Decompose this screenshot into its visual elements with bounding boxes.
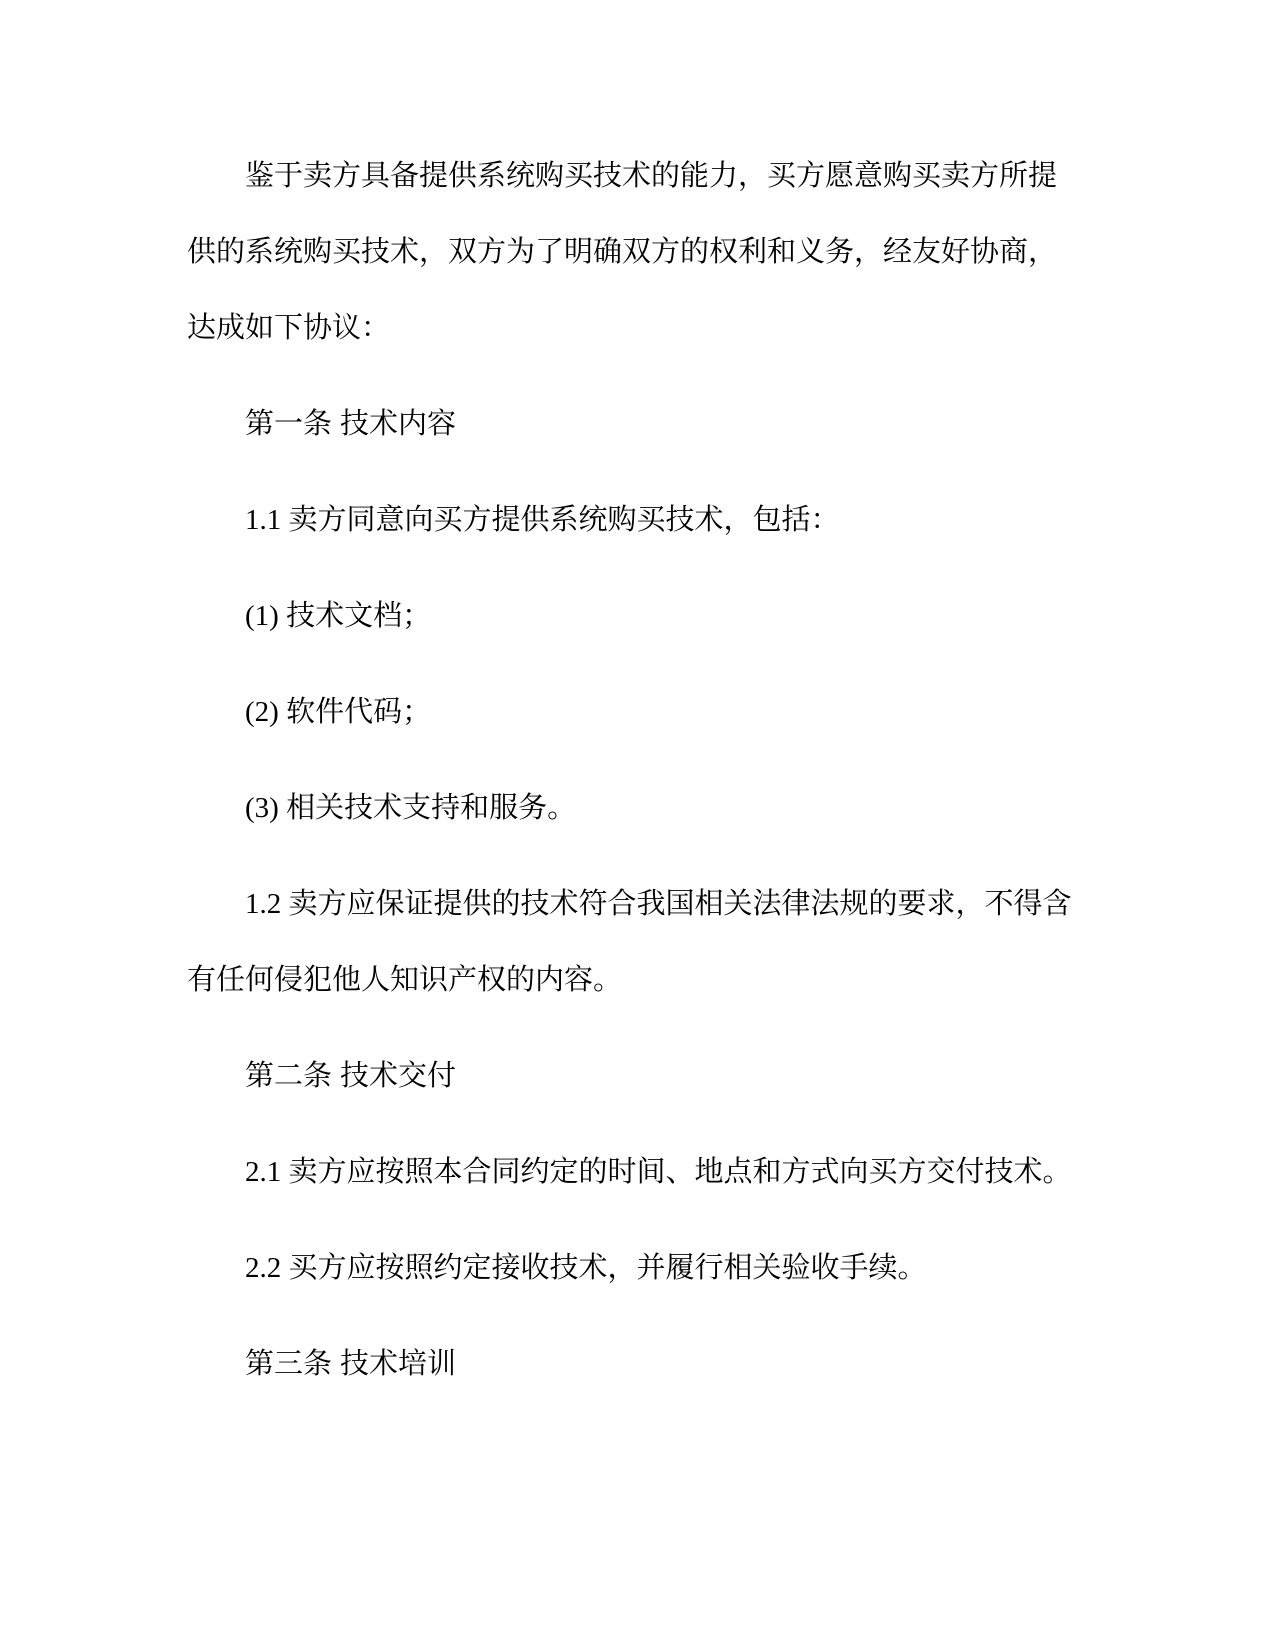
clause-2-item-2: 2.2 买方应按照约定接收技术，并履行相关验收手续。: [187, 1230, 1127, 1306]
list-item-text: 相关技术支持和服务。: [286, 792, 576, 824]
clause-2-heading: 第二条 技术交付: [187, 1038, 1127, 1114]
preamble-paragraph: 鉴于卖方具备提供系统购买技术的能力，买方愿意购买卖方所提 供的系统购买技术，双方…: [187, 138, 1127, 366]
item-number: 2.2: [245, 1252, 289, 1284]
list-marker: (2): [245, 696, 286, 728]
clause-1-list-item-3: (3) 相关技术支持和服务。: [187, 770, 1127, 846]
clause-1-item-1: 1.1 卖方同意向买方提供系统购买技术，包括：: [187, 482, 1127, 558]
list-item-text: 软件代码；: [286, 696, 431, 728]
paragraph-text: 买方应按照约定接收技术，并履行相关验收手续。: [289, 1252, 927, 1284]
paragraph-text: 卖方应保证提供的技术符合我国相关法律法规的要求，不得含 有任何侵犯他人知识产权的…: [187, 888, 1072, 996]
paragraph-text: 卖方应按照本合同约定的时间、地点和方式向买方交付技术。: [289, 1156, 1072, 1188]
clause-3-heading: 第三条 技术培训: [187, 1326, 1127, 1402]
item-number: 1.2: [245, 888, 289, 920]
heading-text: 第二条 技术交付: [245, 1060, 456, 1092]
item-number: 1.1: [245, 504, 289, 536]
list-marker: (1): [245, 600, 286, 632]
clause-1-item-2: 1.2 卖方应保证提供的技术符合我国相关法律法规的要求，不得含 有任何侵犯他人知…: [187, 866, 1127, 1018]
document-page: 鉴于卖方具备提供系统购买技术的能力，买方愿意购买卖方所提 供的系统购买技术，双方…: [0, 0, 1275, 1650]
clause-1-list-item-1: (1) 技术文档；: [187, 578, 1127, 654]
clause-1-list-item-2: (2) 软件代码；: [187, 674, 1127, 750]
heading-text: 第三条 技术培训: [245, 1348, 456, 1380]
item-number: 2.1: [245, 1156, 289, 1188]
list-marker: (3): [245, 792, 286, 824]
paragraph-text: 鉴于卖方具备提供系统购买技术的能力，买方愿意购买卖方所提 供的系统购买技术，双方…: [187, 160, 1057, 344]
clause-2-item-1: 2.1 卖方应按照本合同约定的时间、地点和方式向买方交付技术。: [187, 1134, 1127, 1210]
clause-1-heading: 第一条 技术内容: [187, 386, 1127, 462]
heading-text: 第一条 技术内容: [245, 408, 456, 440]
list-item-text: 技术文档；: [286, 600, 431, 632]
paragraph-text: 卖方同意向买方提供系统购买技术，包括：: [289, 504, 840, 536]
